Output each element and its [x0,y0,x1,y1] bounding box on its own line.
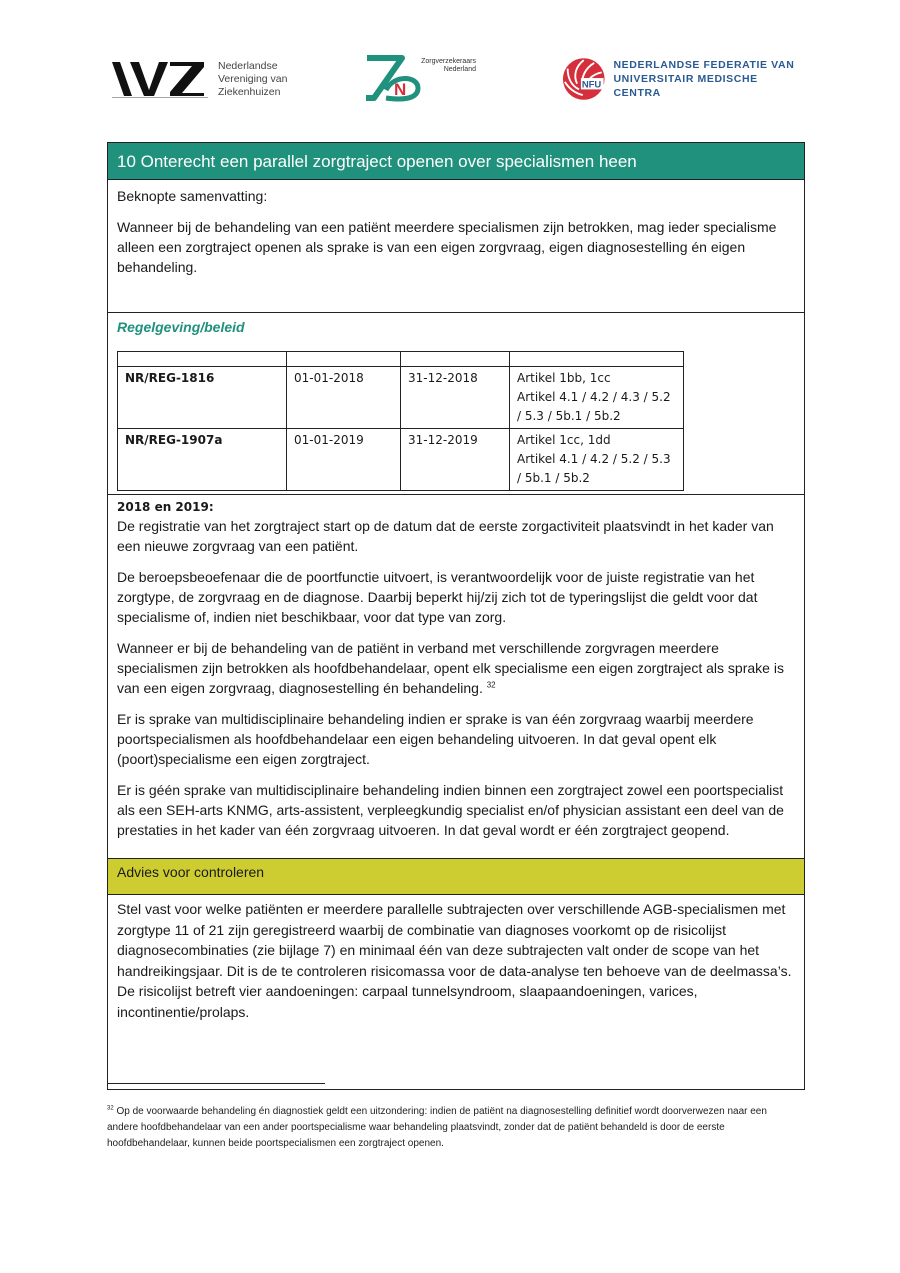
regulation-articles: Artikel 1bb, 1cc Artikel 4.1 / 4.2 / 4.3… [510,367,684,429]
table-row: NR/REG-1907a 01-01-2019 31-12-2019 Artik… [118,429,684,491]
table-row: NR/REG-1816 01-01-2018 31-12-2018 Artike… [118,367,684,429]
summary-text: Wanneer bij de behandeling van een patië… [117,217,795,277]
zn-logo-text: Zorgverzekeraars Nederland [414,58,476,74]
nfu-logo-text: NEDERLANDSE FEDERATIE VAN UNIVERSITAIR M… [614,58,799,100]
regulation-code: NR/REG-1907a [118,429,287,491]
footnote-separator [107,1083,325,1084]
rules-cell: 2018 en 2019: De registratie van het zor… [108,495,804,859]
nvz-logo-mark-icon [112,62,208,98]
summary-cell: Beknopte samenvatting: Wanneer bij de be… [108,180,804,313]
rules-paragraph: Er is sprake van multidisciplinaire beha… [117,709,795,769]
nfu-logo-mark-icon: NFU [562,56,606,102]
partner-logos: Nederlandse Vereniging van Ziekenhuizen … [108,52,798,112]
footnote-number: 32 [107,1106,114,1112]
rules-paragraph: Er is géén sprake van multidisciplinaire… [117,780,795,840]
regulation-start: 01-01-2018 [287,367,401,429]
regulation-heading: Regelgeving/beleid [117,317,795,337]
section-title: 10 Onterecht een parallel zorgtraject op… [108,143,804,180]
regulation-code: NR/REG-1816 [118,367,287,429]
regulation-table: NR/REG-1816 01-01-2018 31-12-2018 Artike… [117,351,684,491]
section-box: 10 Onterecht een parallel zorgtraject op… [107,142,805,1090]
rules-paragraph: Wanneer er bij de behandeling van de pat… [117,638,795,698]
rules-subheading: 2018 en 2019: [117,499,795,516]
footnote-text: Op de voorwaarde behandeling én diagnost… [107,1106,767,1149]
regulation-end: 31-12-2019 [401,429,510,491]
regulation-cell: Regelgeving/beleid NR/REG-1816 01-01-201… [108,313,804,495]
advice-text: Stel vast voor welke patiënten er meerde… [108,895,804,1089]
nvz-logo: Nederlandse Vereniging van Ziekenhuizen [112,60,287,99]
nvz-logo-text: Nederlandse Vereniging van Ziekenhuizen [218,60,287,99]
svg-text:NFU: NFU [582,80,602,91]
table-header-row [118,352,684,367]
summary-label: Beknopte samenvatting: [117,186,795,206]
footnote: 32 Op de voorwaarde behandeling én diagn… [107,1104,797,1152]
footnote-reference[interactable]: 32 [487,680,496,689]
regulation-articles: Artikel 1cc, 1dd Artikel 4.1 / 4.2 / 5.2… [510,429,684,491]
nfu-logo: NFU NEDERLANDSE FEDERATIE VAN UNIVERSITA… [562,56,798,102]
rules-paragraph: De registratie van het zorgtraject start… [117,516,795,556]
rules-paragraph: De beroepsbeoefenaar die de poortfunctie… [117,567,795,627]
zn-logo: N Zorgverzekeraars Nederland [364,54,426,104]
advice-heading: Advies voor controleren [108,859,804,895]
regulation-end: 31-12-2018 [401,367,510,429]
svg-text:N: N [394,80,406,99]
regulation-start: 01-01-2019 [287,429,401,491]
